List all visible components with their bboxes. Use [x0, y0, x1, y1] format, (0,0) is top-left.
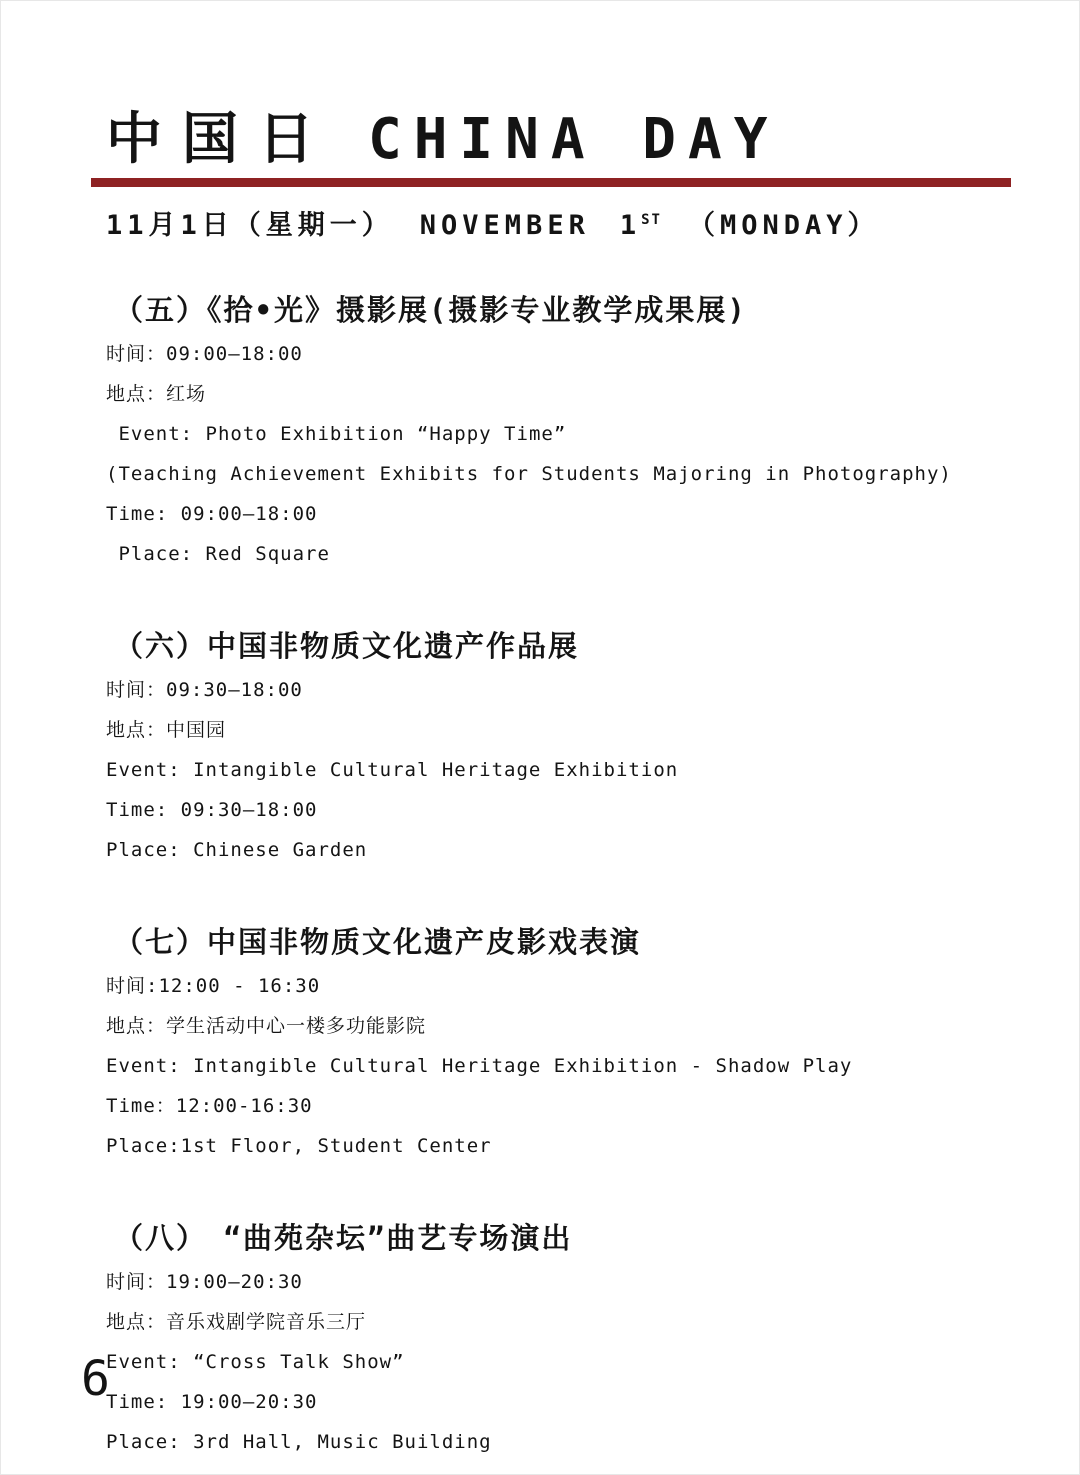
date-ordinal: ST [641, 212, 662, 228]
date-day: 1ST [620, 210, 662, 241]
detail-line: 地点：学生活动中心一楼多功能影院 [106, 1006, 1019, 1046]
detail-line: 地点：音乐戏剧学院音乐三厅 [106, 1302, 1019, 1342]
detail-line: 时间:12:00 - 16:30 [106, 966, 1019, 1006]
detail-line: Place:1st Floor, Student Center [106, 1126, 1019, 1166]
title-underline [91, 178, 1011, 187]
detail-line: 时间：09:00—18:00 [106, 334, 1019, 374]
date-chinese: 11月1日（星期一） [106, 210, 394, 241]
detail-line: Time: 19:00—20:30 [106, 1382, 1019, 1422]
event-section: （八） “曲苑杂坛”曲艺专场演出 时间：19:00—20:30地点：音乐戏剧学院… [106, 1216, 1019, 1462]
section-lines: 时间:12:00 - 16:30地点：学生活动中心一楼多功能影院Event: I… [106, 966, 1019, 1166]
title-english: CHINA DAY [368, 107, 779, 172]
date-line: 11月1日（星期一）NOVEMBER1ST（MONDAY） [106, 203, 1009, 242]
detail-line: Event: Intangible Cultural Heritage Exhi… [106, 1046, 1019, 1086]
sections: （五）《拾•光》摄影展(摄影专业教学成果展) 时间：09:00—18:00地点：… [1, 288, 1079, 1462]
detail-line: Event: Photo Exhibition “Happy Time” [106, 414, 1019, 454]
section-heading: （六）中国非物质文化遗产作品展 [114, 624, 1019, 665]
page-title: 中国日CHINA DAY [106, 111, 1009, 170]
detail-line: (Teaching Achievement Exhibits for Stude… [106, 454, 1019, 494]
section-lines: 时间：19:00—20:30地点：音乐戏剧学院音乐三厅Event: “Cross… [106, 1262, 1019, 1462]
detail-line: 时间：19:00—20:30 [106, 1262, 1019, 1302]
page-header: 中国日CHINA DAY 11月1日（星期一）NOVEMBER1ST（MONDA… [1, 1, 1079, 242]
date-month: NOVEMBER [420, 210, 590, 241]
date-weekday: （MONDAY） [688, 210, 880, 241]
detail-line: Time：12:00-16:30 [106, 1086, 1019, 1126]
detail-line: 时间：09:30—18:00 [106, 670, 1019, 710]
section-lines: 时间：09:30—18:00地点：中国园Event: Intangible Cu… [106, 670, 1019, 870]
section-heading: （七）中国非物质文化遗产皮影戏表演 [114, 920, 1019, 961]
detail-line: Place: Chinese Garden [106, 830, 1019, 870]
section-heading: （五）《拾•光》摄影展(摄影专业教学成果展) [114, 288, 1019, 329]
detail-line: Event: Intangible Cultural Heritage Exhi… [106, 750, 1019, 790]
detail-line: 地点：中国园 [106, 710, 1019, 750]
detail-line: Time: 09:30—18:00 [106, 790, 1019, 830]
event-section: （五）《拾•光》摄影展(摄影专业教学成果展) 时间：09:00—18:00地点：… [106, 288, 1019, 574]
page-number: 6 [81, 1351, 110, 1407]
section-lines: 时间：09:00—18:00地点：红场 Event: Photo Exhibit… [106, 334, 1019, 574]
detail-line: Event: “Cross Talk Show” [106, 1342, 1019, 1382]
title-chinese: 中国日 [106, 107, 334, 172]
event-section: （七）中国非物质文化遗产皮影戏表演 时间:12:00 - 16:30地点：学生活… [106, 920, 1019, 1166]
detail-line: Place: Red Square [106, 534, 1019, 574]
detail-line: 地点：红场 [106, 374, 1019, 414]
document-page: 中国日CHINA DAY 11月1日（星期一）NOVEMBER1ST（MONDA… [0, 0, 1080, 1475]
detail-line: Time: 09:00—18:00 [106, 494, 1019, 534]
detail-line: Place: 3rd Hall, Music Building [106, 1422, 1019, 1462]
event-section: （六）中国非物质文化遗产作品展 时间：09:30—18:00地点：中国园Even… [106, 624, 1019, 870]
section-heading: （八） “曲苑杂坛”曲艺专场演出 [114, 1216, 1019, 1257]
